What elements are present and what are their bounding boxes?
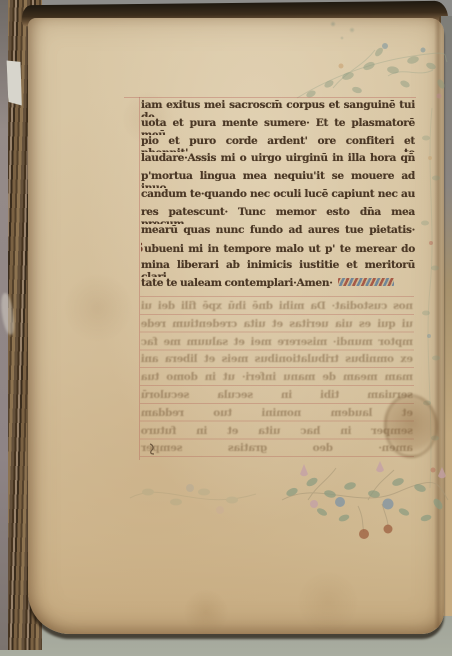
bleed-through-line: mptor mundi· miserere mei et saluum me f… bbox=[141, 336, 413, 354]
manuscript-line: laudare·Assis mi o uirgo uirginū in illa… bbox=[141, 152, 415, 170]
bleed-through-line: ui qui es uia ueritas et uita credentium… bbox=[141, 318, 413, 336]
bleed-through-line: seruiam tibi in secula seculorū bbox=[141, 389, 413, 407]
bleed-through-text: nos custodiat· Da mihi dnē ihū xpē fili … bbox=[141, 300, 413, 460]
manuscript-line: candum te·quando nec oculi lucē capiunt … bbox=[141, 188, 415, 206]
manuscript-line: pio et puro corde ardent' ore confiteri … bbox=[141, 135, 415, 153]
manuscript-line: res patescunt· Tunc memor esto dn̄a mea … bbox=[141, 206, 415, 224]
manuscript-line: uota et pura mente sumere· Et te plasmat… bbox=[141, 117, 415, 135]
manuscript-line: iam exitus mei sacroscm̄ corpus et sangu… bbox=[141, 99, 415, 117]
manuscript-line: mina liberari ab inimicis iustitie et me… bbox=[141, 259, 415, 277]
bleed-through-line: mam meam de manu inferi· ut in domo tua bbox=[141, 371, 413, 389]
top-ruling-line bbox=[124, 97, 416, 98]
text-block: iam exitus mei sacroscm̄ corpus et sangu… bbox=[141, 99, 415, 295]
line-filler-ornament bbox=[338, 278, 394, 286]
colored-initial-S: S bbox=[141, 241, 143, 256]
manuscript-line: p'mortua lingua mea nequiu'it se mouere … bbox=[141, 170, 415, 188]
bottom-floral-decoration bbox=[278, 460, 450, 544]
bleed-through-line: semper in hac uita et in futuro bbox=[141, 425, 413, 443]
bleed-through-line: ex omnibus tribulationibus meis et liber… bbox=[141, 353, 413, 371]
manuscript-line: tate te ualeam contemplari·Amen· bbox=[141, 277, 415, 295]
manuscript-line-text: tate te ualeam contemplari·Amen· bbox=[141, 277, 333, 289]
bleed-through-initial bbox=[384, 394, 438, 458]
manuscript-line: Subueni mi in tempore malo ut p' te mere… bbox=[141, 241, 415, 259]
manuscript-line: mearū quas nunc fundo ad aures tue pieta… bbox=[141, 224, 415, 242]
manuscript-photo: iam exitus mei sacroscm̄ corpus et sangu… bbox=[0, 0, 452, 656]
bleed-through-line: amen· deo gratias semper bbox=[141, 442, 413, 460]
bleed-through-line: et laudem nomini tuo reddam bbox=[141, 407, 413, 425]
bleed-through-line: nos custodiat· Da mihi dnē ihū xpē fili … bbox=[141, 300, 413, 318]
manuscript-line-text: ubueni mi in tempore malo ut p' te merea… bbox=[144, 243, 415, 255]
bottom-floral-ghost bbox=[128, 468, 258, 528]
marginal-mark bbox=[148, 443, 157, 455]
